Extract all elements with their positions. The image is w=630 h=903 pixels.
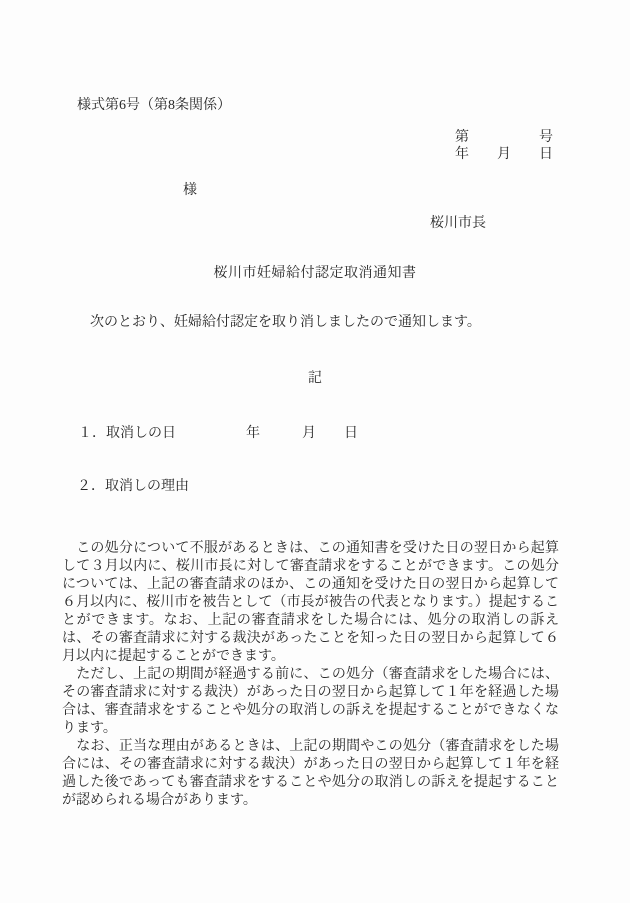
item-cancellation-reason: ２．取消しの理由 [77,478,189,496]
document-title: 桜川市妊婦給付認定取消通知書 [0,265,630,283]
item-cancellation-date: １．取消しの日 年 月 日 [78,425,358,443]
appeal-paragraph-2: ただし、上記の期間が経過する前に、この処分（審査請求をした場合には、その審査請求… [62,666,559,738]
document-date-line: 年 月 日 [455,146,553,163]
appeal-notice-block: この処分について不服があるときは、この通知書を受けた日の翌日から起算して３月以内… [62,540,559,810]
document-number-block: 第 号 年 月 日 [455,129,553,163]
form-number-label: 様式第6号（第8条関係） [77,97,231,115]
document-page: 様式第6号（第8条関係） 第 号 年 月 日 様 桜川市長 桜川市妊婦給付認定取… [0,0,630,903]
addressee-honorific: 様 [183,182,197,200]
notice-intro-sentence: 次のとおり、妊婦給付認定を取り消しましたので通知します。 [76,314,481,332]
appeal-paragraph-3: なお、正当な理由があるときは、上記の期間やこの処分（審査請求をした場合には、その… [62,738,559,810]
sender-name: 桜川市長 [430,215,486,233]
appeal-paragraph-1: この処分について不服があるときは、この通知書を受けた日の翌日から起算して３月以内… [62,540,559,666]
document-number-line: 第 号 [455,129,553,146]
ki-heading: 記 [0,370,630,388]
